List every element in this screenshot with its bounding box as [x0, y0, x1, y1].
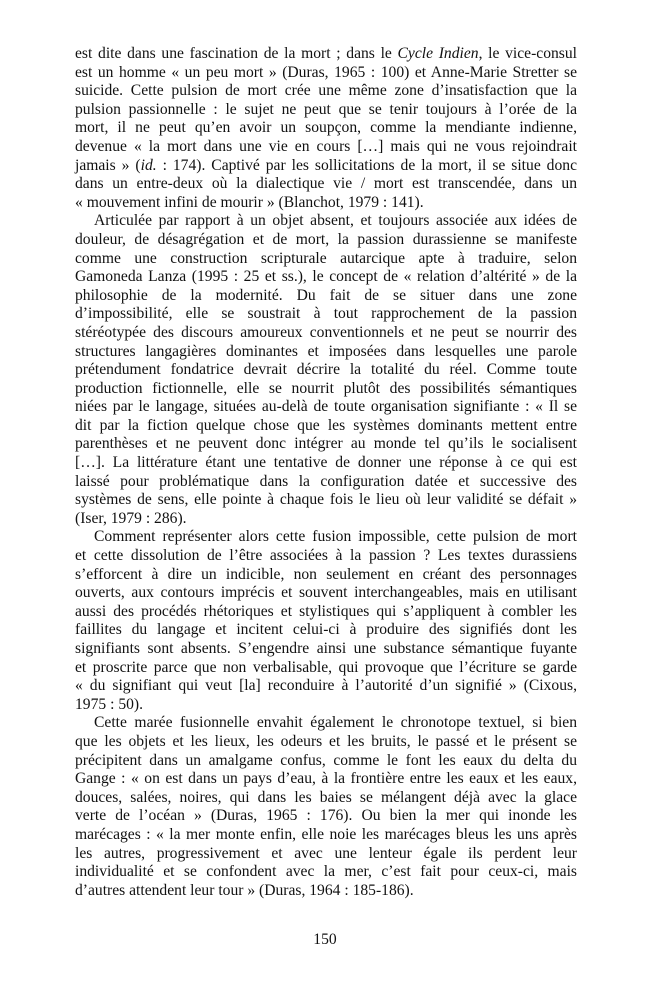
text-line: douces, salées, noires, qui dans les bai…	[75, 789, 577, 808]
text-line: jamais » (id. : 174). Captivé par les so…	[75, 157, 577, 176]
text-line: individualité et se confondent avec la m…	[75, 863, 577, 882]
text-line: (Iser, 1979 : 286).	[75, 510, 577, 529]
text-line: 1975 : 50).	[75, 696, 577, 715]
text-line: philosophie de la modernité. Du fait de …	[75, 287, 577, 306]
text-segment: « du signifiant qui veut [la] reconduire…	[75, 677, 577, 694]
text-line: ouverts, aux contours imprécis et souven…	[75, 584, 577, 603]
text-segment: prétendument fondatrice devrait décrire …	[75, 361, 577, 378]
text-segment: stéréotypée des discours amoureux conven…	[75, 324, 577, 341]
text-line: suicide. Cette pulsion de mort crée une …	[75, 82, 577, 101]
text-segment: […]. La littérature étant une tentative …	[75, 454, 577, 471]
text-line: parenthèses et ne peuvent donc intégrer …	[75, 435, 577, 454]
text-line: Gange : « on est dans un pays d’eau, à l…	[75, 770, 577, 789]
text-segment: comme une construction scripturale autar…	[75, 250, 577, 267]
text-segment: Comment représenter alors cette fusion i…	[94, 528, 577, 545]
text-segment: dans un entre-deux où la dialectique vie…	[75, 175, 577, 192]
text-line: signifiants sont absents. S’engendre ain…	[75, 640, 577, 659]
text-line: dit par la fiction quelque chose que les…	[75, 417, 577, 436]
text-segment: philosophie de la modernité. Du fait de …	[75, 287, 577, 304]
text-segment: d’autres attendent leur tour » (Duras, 1…	[75, 882, 414, 899]
text-segment: pulsion passionnelle : le sujet ne peut …	[75, 101, 577, 118]
text-segment: laissé pour problématique dans la config…	[75, 473, 577, 490]
page-body: est dite dans une fascination de la mort…	[75, 45, 577, 900]
text-line: pulsion passionnelle : le sujet ne peut …	[75, 101, 577, 120]
italic-text: Cycle Indien	[398, 45, 479, 62]
text-line: comme une construction scripturale autar…	[75, 250, 577, 269]
text-line: Articulée par rapport à un objet absent,…	[75, 212, 577, 231]
text-segment: Gange : « on est dans un pays d’eau, à l…	[75, 770, 577, 787]
text-segment: « mouvement infini de mourir » (Blanchot…	[75, 194, 424, 211]
text-line: s’efforcent à dire un indicible, non seu…	[75, 566, 577, 585]
paragraph: est dite dans une fascination de la mort…	[75, 45, 577, 212]
text-segment: Gamoneda Lanza (1995 : 25 et ss.), le co…	[75, 268, 577, 285]
text-segment: ouverts, aux contours imprécis et souven…	[75, 584, 577, 601]
text-segment: précipitent dans un amalgame confus, com…	[75, 752, 577, 769]
text-segment: signifiants sont absents. S’engendre ain…	[75, 640, 577, 657]
text-segment: s’efforcent à dire un indicible, non seu…	[75, 566, 577, 583]
text-segment: et cette dissolution de l’être associées…	[75, 547, 577, 564]
text-line: structures langagières dominantes et imp…	[75, 343, 577, 362]
text-line: laissé pour problématique dans la config…	[75, 473, 577, 492]
text-line: Gamoneda Lanza (1995 : 25 et ss.), le co…	[75, 268, 577, 287]
text-segment: jamais » (	[75, 157, 141, 174]
text-segment: production fictionnelle, elle se nourrit…	[75, 380, 577, 397]
text-line: aussi des procédés rhétoriques et stylis…	[75, 603, 577, 622]
text-line: Cette marée fusionnelle envahit égalemen…	[75, 714, 577, 733]
text-segment: Articulée par rapport à un objet absent,…	[94, 212, 577, 229]
text-segment: individualité et se confondent avec la m…	[75, 863, 577, 880]
text-line: prétendument fondatrice devrait décrire …	[75, 361, 577, 380]
text-segment: mort, il ne peut qu’en avoir un soupçon,…	[75, 119, 577, 136]
text-line: et proscrite parce que non verbalisable,…	[75, 659, 577, 678]
text-segment: que les objets et les lieux, les odeurs …	[75, 733, 577, 750]
text-segment: suicide. Cette pulsion de mort crée une …	[75, 82, 577, 99]
text-line: systèmes de sens, elle pointe à chaque f…	[75, 491, 577, 510]
text-line: marécages : « la mer monte enfin, elle n…	[75, 826, 577, 845]
text-line: que les objets et les lieux, les odeurs …	[75, 733, 577, 752]
text-line: dans un entre-deux où la dialectique vie…	[75, 175, 577, 194]
text-line: les autres, progressivement et avec une …	[75, 845, 577, 864]
text-segment: douleur, de désagrégation et de mort, la…	[75, 231, 577, 248]
text-segment: douces, salées, noires, qui dans les bai…	[75, 789, 577, 806]
italic-text: id.	[141, 157, 157, 174]
page-number: 150	[0, 931, 650, 949]
text-line: devenue « la mort dans une vie en cours …	[75, 138, 577, 157]
text-segment: structures langagières dominantes et imp…	[75, 343, 577, 360]
text-segment: (Iser, 1979 : 286).	[75, 510, 187, 527]
text-line: production fictionnelle, elle se nourrit…	[75, 380, 577, 399]
text-segment: est dite dans une fascination de la mort…	[75, 45, 398, 62]
text-segment: systèmes de sens, elle pointe à chaque f…	[75, 491, 577, 508]
text-segment: dit par la fiction quelque chose que les…	[75, 417, 577, 434]
text-line: est dite dans une fascination de la mort…	[75, 45, 577, 64]
text-segment: et proscrite parce que non verbalisable,…	[75, 659, 577, 676]
text-line: […]. La littérature étant une tentative …	[75, 454, 577, 473]
text-segment: : 174). Captivé par les sollicitations d…	[157, 157, 577, 174]
text-segment: niées par le langage, situées au-delà de…	[75, 398, 577, 415]
text-segment: 1975 : 50).	[75, 696, 143, 713]
text-line: mort, il ne peut qu’en avoir un soupçon,…	[75, 119, 577, 138]
text-segment: devenue « la mort dans une vie en cours …	[75, 138, 577, 155]
text-segment: Cette marée fusionnelle envahit égalemen…	[94, 714, 577, 731]
text-segment: verte de l’océan » (Duras, 1965 : 176). …	[75, 807, 577, 824]
text-line: stéréotypée des discours amoureux conven…	[75, 324, 577, 343]
text-line: « du signifiant qui veut [la] reconduire…	[75, 677, 577, 696]
text-segment: parenthèses et ne peuvent donc intégrer …	[75, 435, 577, 452]
text-segment: d’impossibilité, elle se soustrait à tou…	[75, 305, 577, 322]
text-line: Comment représenter alors cette fusion i…	[75, 528, 577, 547]
text-line: est un homme « un peu mort » (Duras, 196…	[75, 64, 577, 83]
text-segment: faillites du langage et incitent celui-c…	[75, 621, 577, 638]
text-segment: les autres, progressivement et avec une …	[75, 845, 577, 862]
text-line: et cette dissolution de l’être associées…	[75, 547, 577, 566]
text-segment: est un homme « un peu mort » (Duras, 196…	[75, 64, 577, 81]
text-line: niées par le langage, situées au-delà de…	[75, 398, 577, 417]
text-line: « mouvement infini de mourir » (Blanchot…	[75, 194, 577, 213]
text-segment: marécages : « la mer monte enfin, elle n…	[75, 826, 577, 843]
text-segment: , le vice-consul	[479, 45, 577, 62]
text-line: d’autres attendent leur tour » (Duras, 1…	[75, 882, 577, 901]
paragraph: Articulée par rapport à un objet absent,…	[75, 212, 577, 528]
text-segment: aussi des procédés rhétoriques et stylis…	[75, 603, 577, 620]
paragraph: Cette marée fusionnelle envahit égalemen…	[75, 714, 577, 900]
text-line: faillites du langage et incitent celui-c…	[75, 621, 577, 640]
text-line: précipitent dans un amalgame confus, com…	[75, 752, 577, 771]
text-line: douleur, de désagrégation et de mort, la…	[75, 231, 577, 250]
text-line: d’impossibilité, elle se soustrait à tou…	[75, 305, 577, 324]
text-line: verte de l’océan » (Duras, 1965 : 176). …	[75, 807, 577, 826]
paragraph: Comment représenter alors cette fusion i…	[75, 528, 577, 714]
